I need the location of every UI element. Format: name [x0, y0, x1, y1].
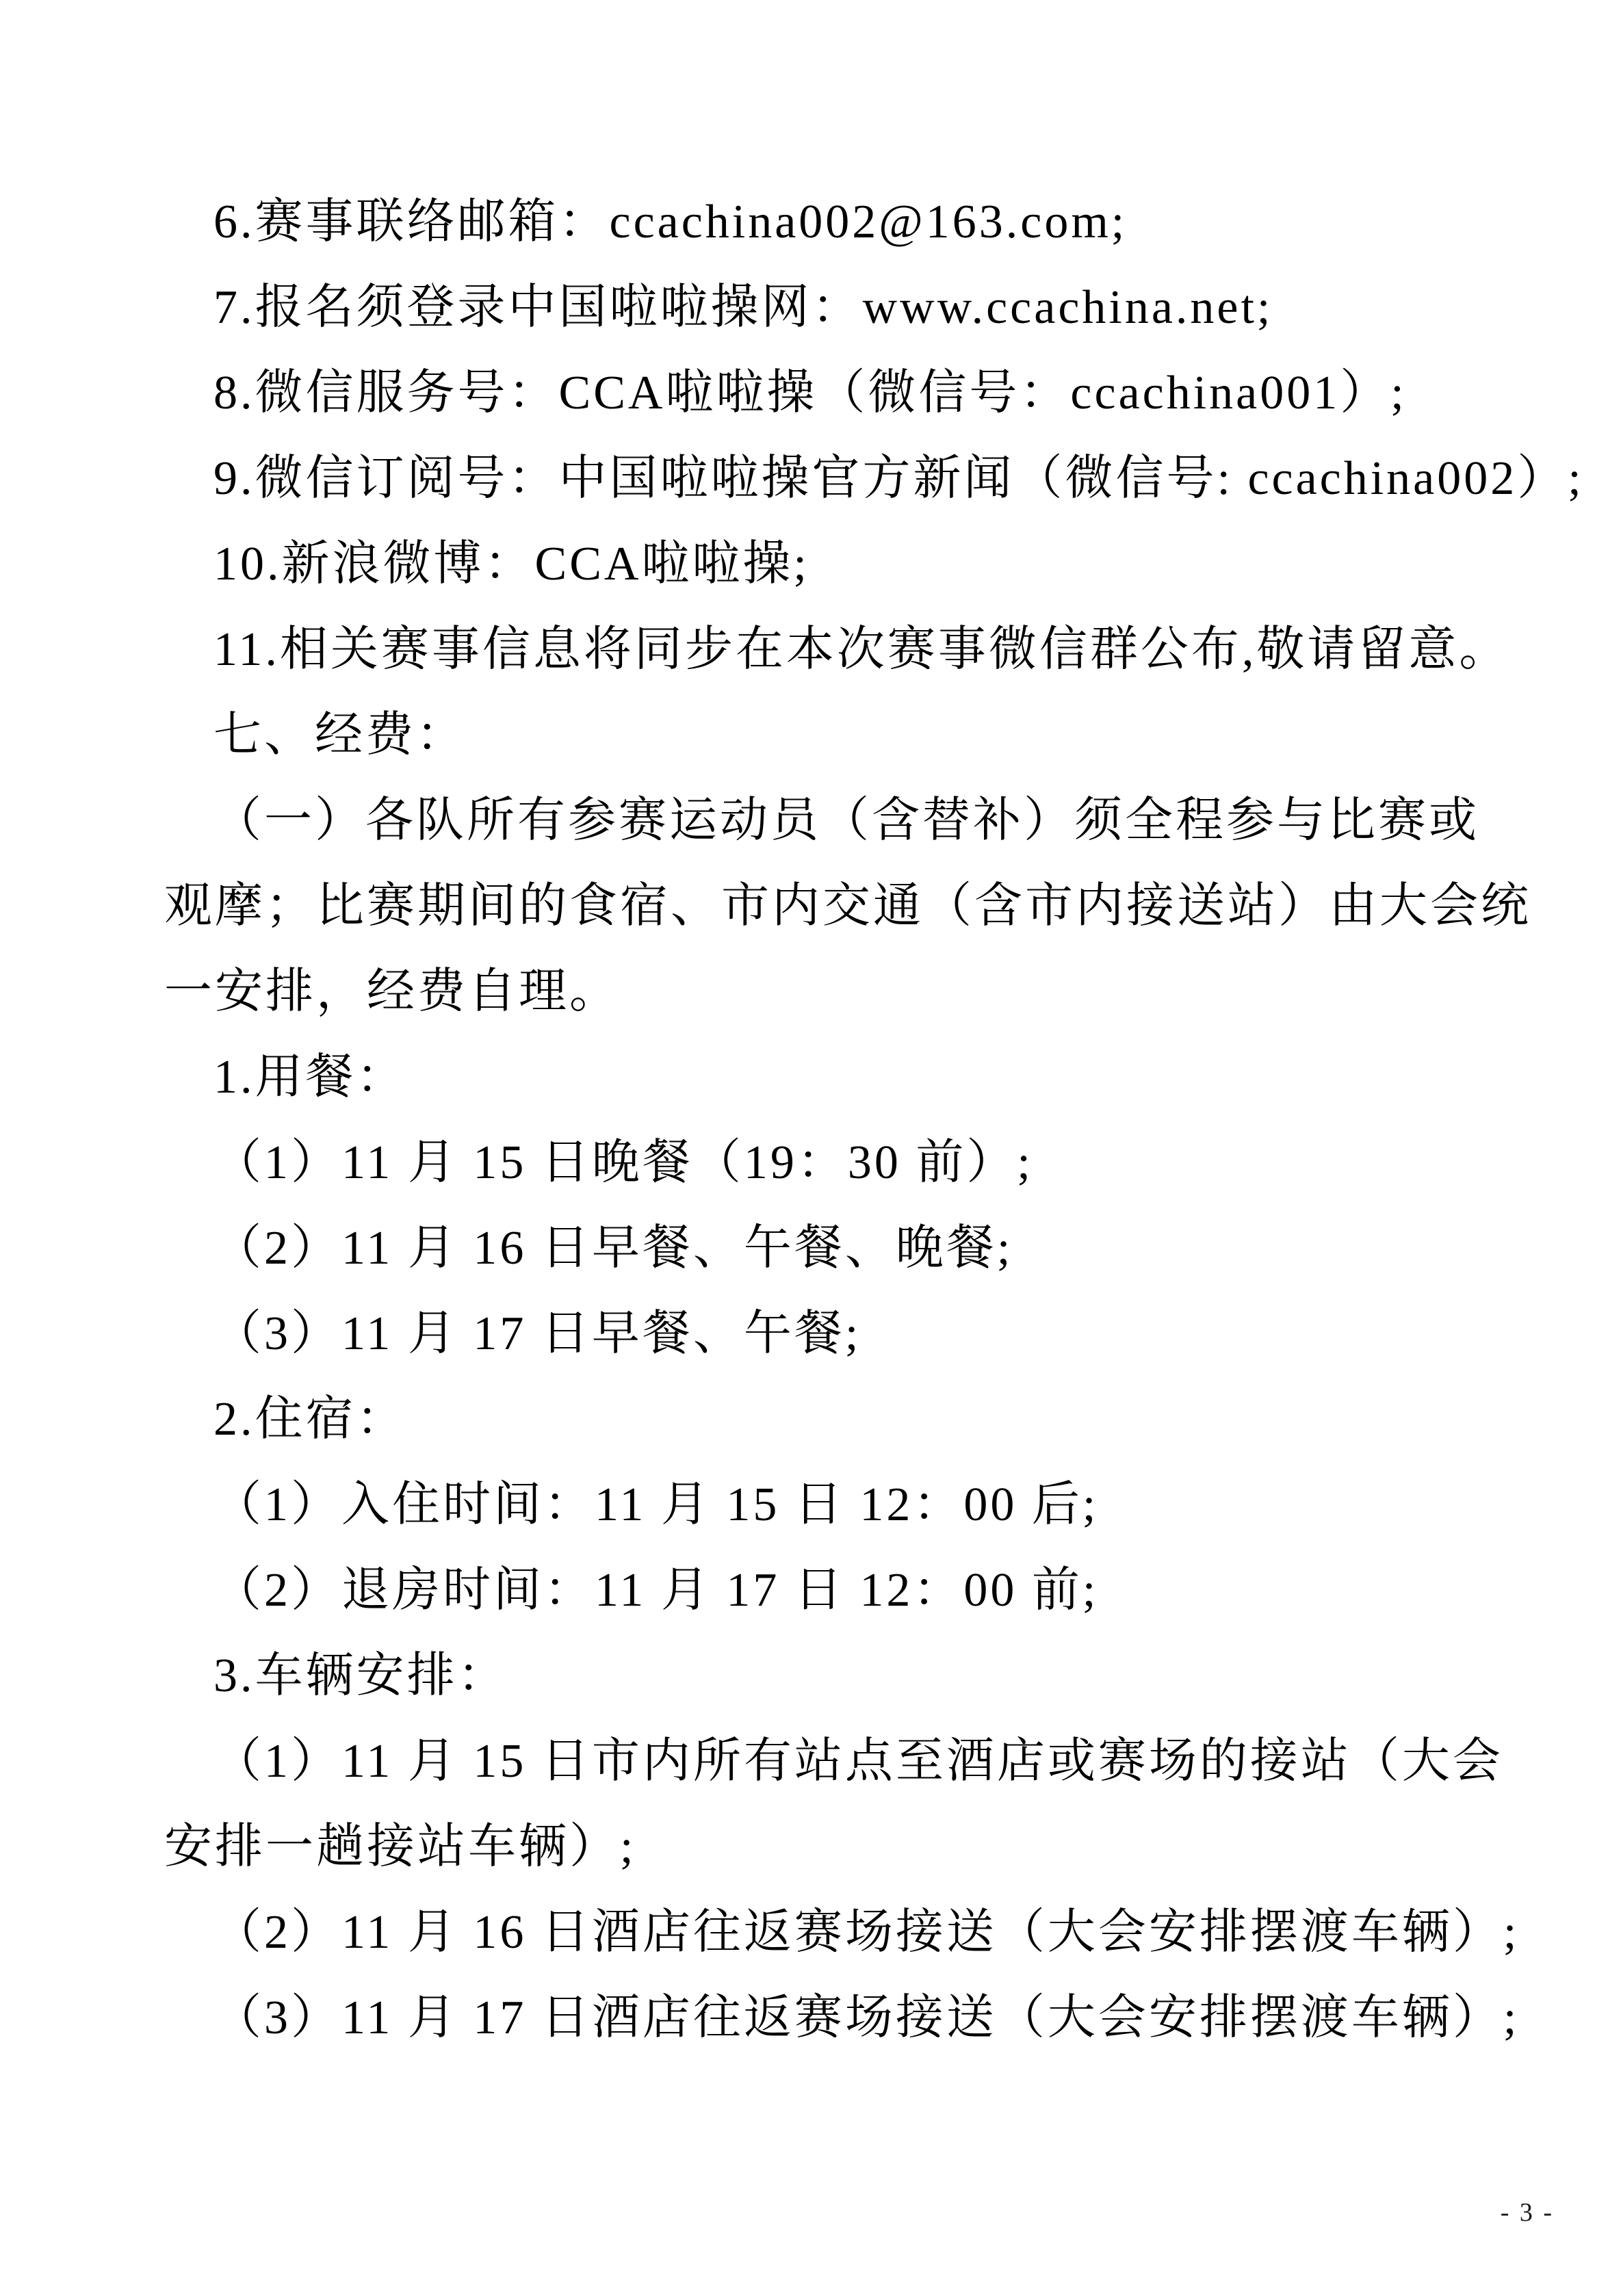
document-page: 6.赛事联络邮箱：ccachina002@163.com; 7.报名须登录中国啦… — [0, 0, 1621, 2296]
line-vehicle-nov15-1: （1）11 月 15 日市内所有站点至酒店或赛场的接站（大会 — [164, 1719, 1540, 1804]
para-participation-2: 观摩；比赛期间的食宿、市内交通（含市内接送站）由大会统 — [164, 863, 1540, 949]
heading-meals: 1.用餐： — [164, 1034, 1540, 1120]
line-registration-website: 7.报名须登录中国啦啦操网：www.ccachina.net; — [164, 265, 1540, 350]
line-wechat-subscription-account: 9.微信订阅号：中国啦啦操官方新闻（微信号: ccachina002）; — [164, 436, 1540, 521]
para-participation-1: （一）各队所有参赛运动员（含替补）须全程参与比赛或 — [164, 778, 1540, 863]
document-body: 6.赛事联络邮箱：ccachina002@163.com; 7.报名须登录中国啦… — [164, 179, 1540, 2061]
line-checkin-time: （1）入住时间：11 月 15 日 12：00 后; — [164, 1462, 1540, 1548]
para-participation-3: 一安排，经费自理。 — [164, 949, 1540, 1034]
line-vehicle-nov17: （3）11 月 17 日酒店往返赛场接送（大会安排摆渡车辆）; — [164, 1975, 1540, 2061]
line-meal-nov17: （3）11 月 17 日早餐、午餐; — [164, 1291, 1540, 1377]
line-sina-weibo: 10.新浪微博：CCA啦啦操; — [164, 521, 1540, 607]
line-wechat-service-account: 8.微信服务号：CCA啦啦操（微信号：ccachina001）; — [164, 350, 1540, 436]
heading-accommodation: 2.住宿： — [164, 1377, 1540, 1462]
page-number: - 3 - — [1501, 2197, 1554, 2228]
line-vehicle-nov16: （2）11 月 16 日酒店往返赛场接送（大会安排摆渡车辆）; — [164, 1890, 1540, 1975]
line-meal-nov16: （2）11 月 16 日早餐、午餐、晚餐; — [164, 1205, 1540, 1291]
heading-vehicle-arrangement: 3.车辆安排： — [164, 1633, 1540, 1719]
line-vehicle-nov15-2: 安排一趟接站车辆）; — [164, 1804, 1540, 1890]
heading-expenses: 七、经费： — [164, 692, 1540, 778]
line-wechat-group-notice: 11.相关赛事信息将同步在本次赛事微信群公布,敬请留意。 — [164, 607, 1540, 692]
line-checkout-time: （2）退房时间：11 月 17 日 12：00 前; — [164, 1548, 1540, 1633]
line-meal-nov15: （1）11 月 15 日晚餐（19：30 前）; — [164, 1120, 1540, 1205]
line-contact-email: 6.赛事联络邮箱：ccachina002@163.com; — [164, 179, 1540, 265]
